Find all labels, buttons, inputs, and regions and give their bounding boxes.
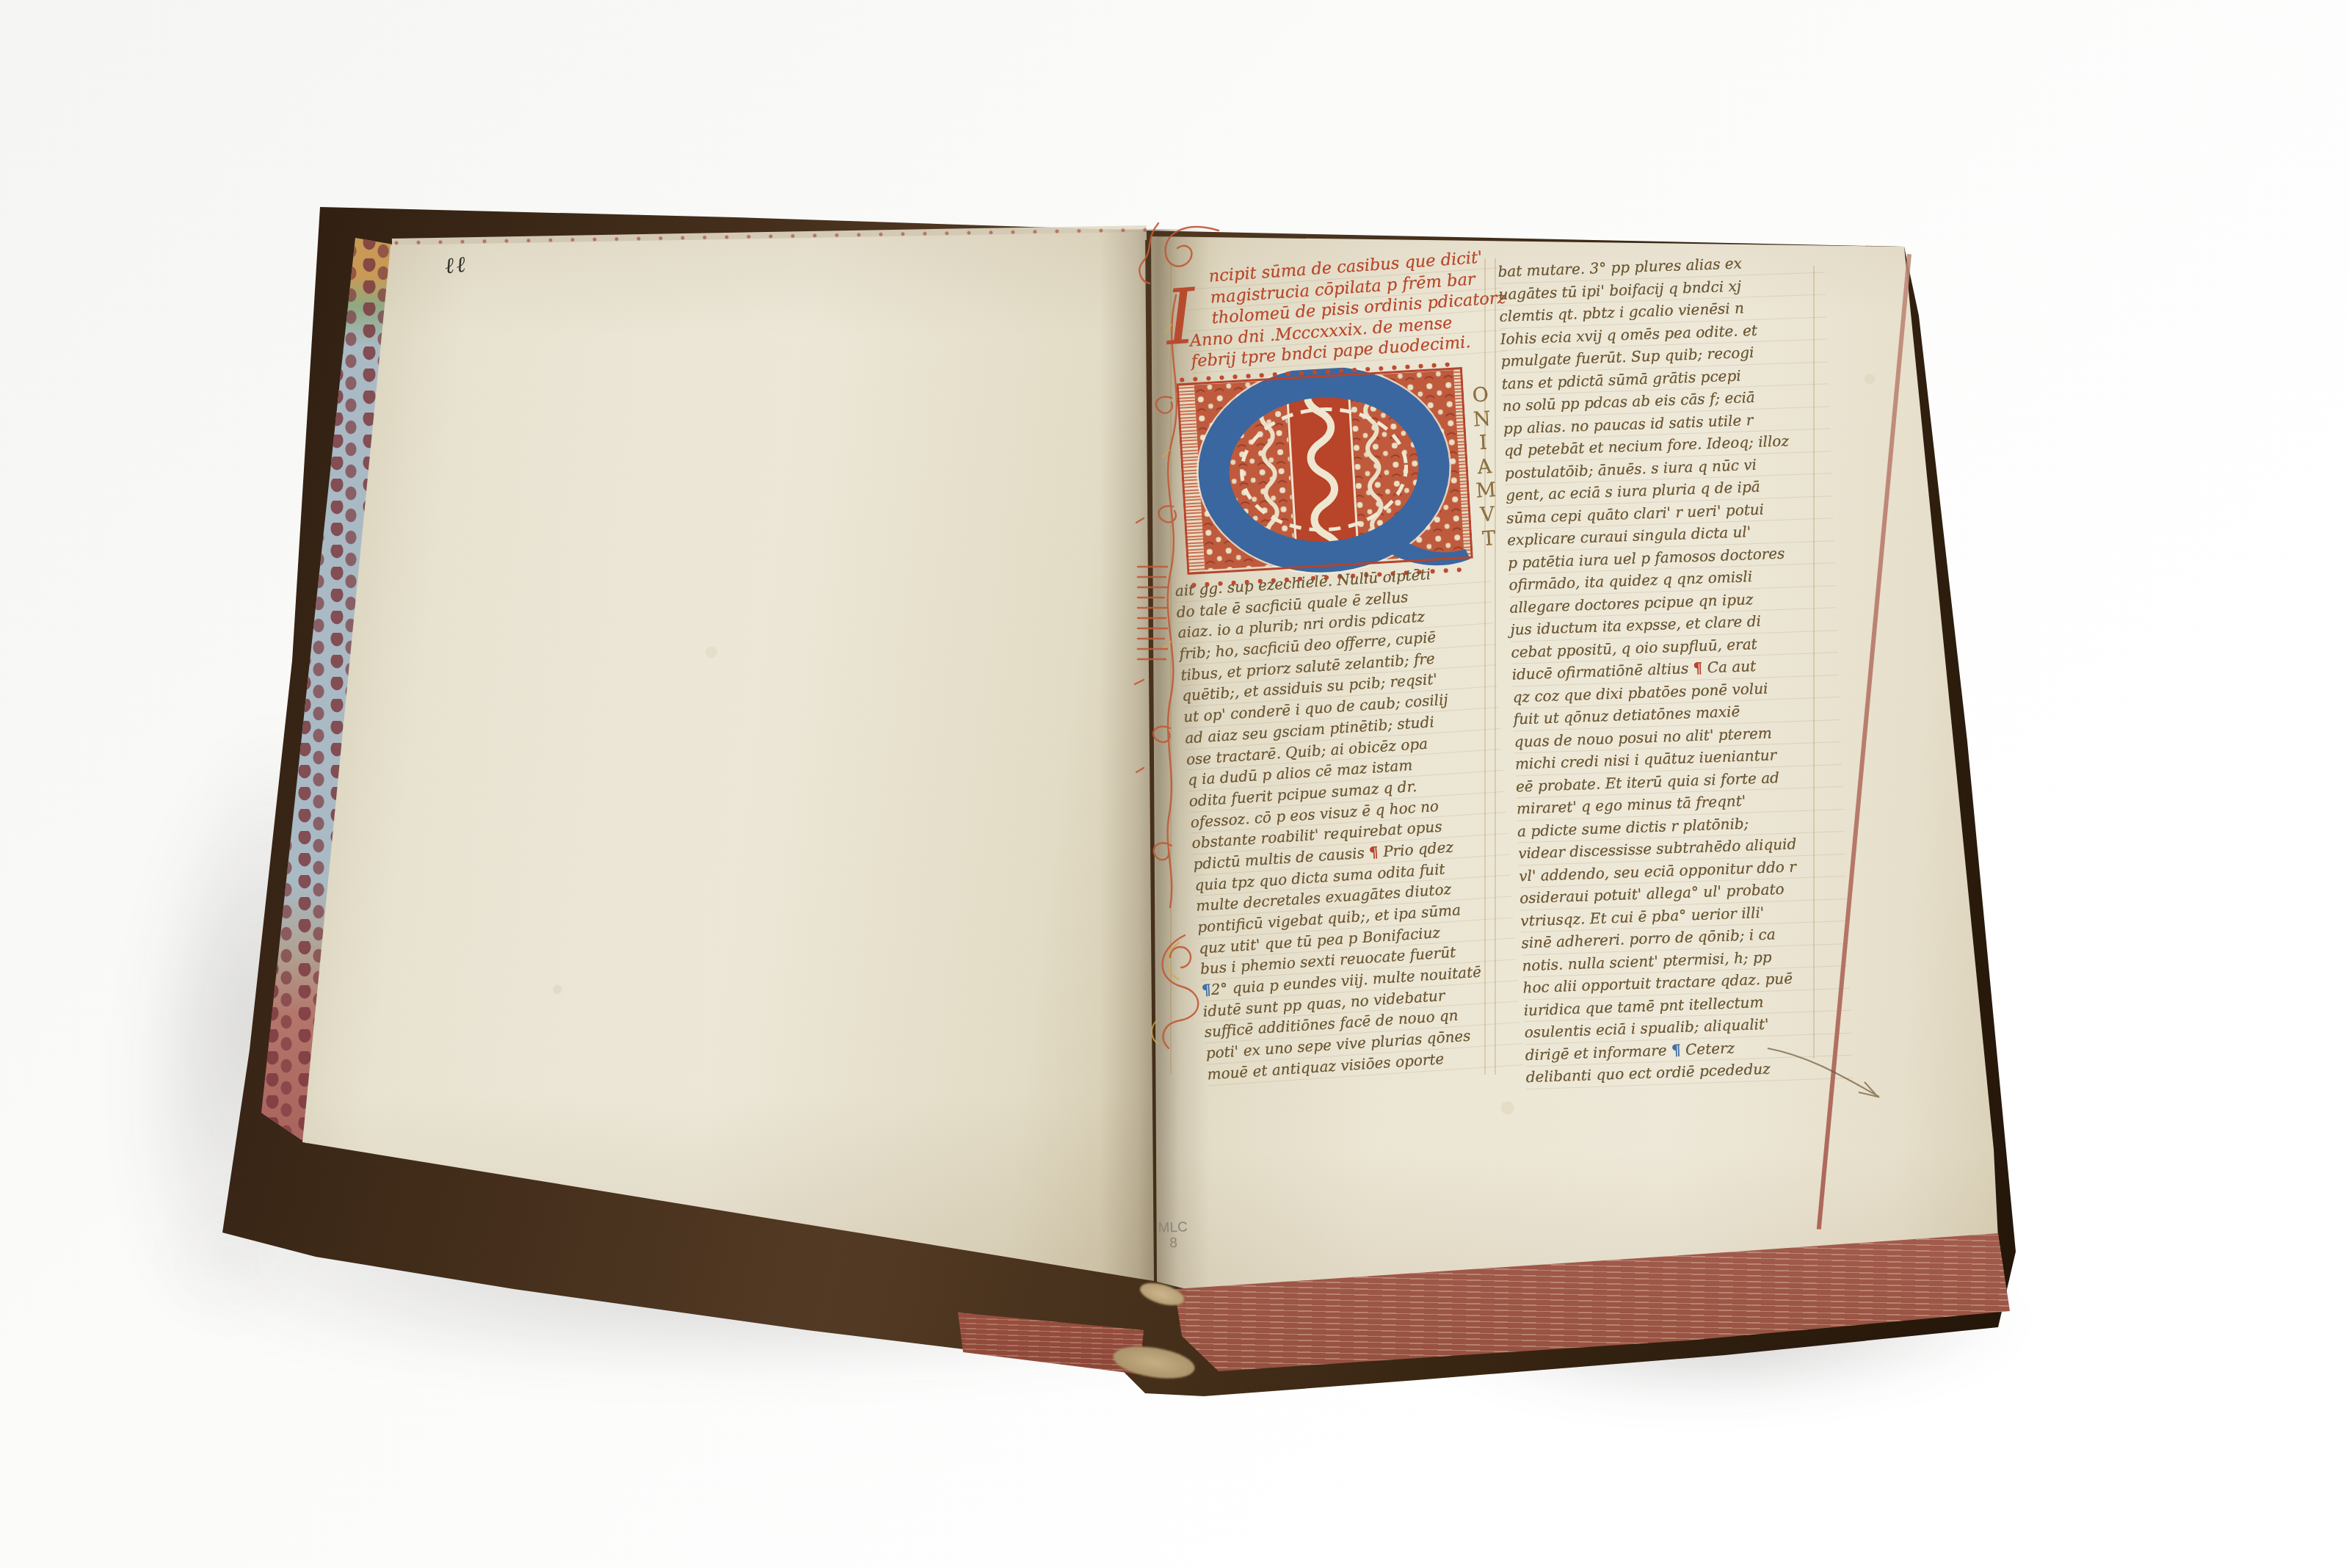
pencil-shelfmark: MLC 8 <box>1158 1219 1188 1251</box>
rubric: ncipit sūma de casibus que dicit'magistr… <box>1185 247 1507 374</box>
stacked-letter: A <box>1471 455 1499 481</box>
left-page <box>301 231 1156 1285</box>
pencil-shelfmark-line2: 8 <box>1169 1235 1188 1251</box>
line-end-flourish <box>1762 1037 1887 1103</box>
illuminated-initial-Q <box>1176 361 1474 592</box>
text-column-1: ait gg. sup ezechielē. Nullū oiptētido t… <box>1174 561 1523 1086</box>
stacked-letter: T <box>1475 526 1503 552</box>
manuscript-photo: I ncipit sūma de casibus que dicit'magis… <box>0 0 2349 1568</box>
stacked-letter: V <box>1473 503 1501 529</box>
ink-inscription: ℓℓ <box>443 251 468 279</box>
pencil-shelfmark-line1: MLC <box>1158 1219 1188 1235</box>
stacked-letter: I <box>1470 431 1497 457</box>
stacked-letter: M <box>1473 479 1500 504</box>
stacked-letter: N <box>1468 407 1496 432</box>
stacked-letter: O <box>1467 383 1495 409</box>
text-column-2: bat mutare. 3° pp plures alias exuagātes… <box>1497 250 1853 1089</box>
